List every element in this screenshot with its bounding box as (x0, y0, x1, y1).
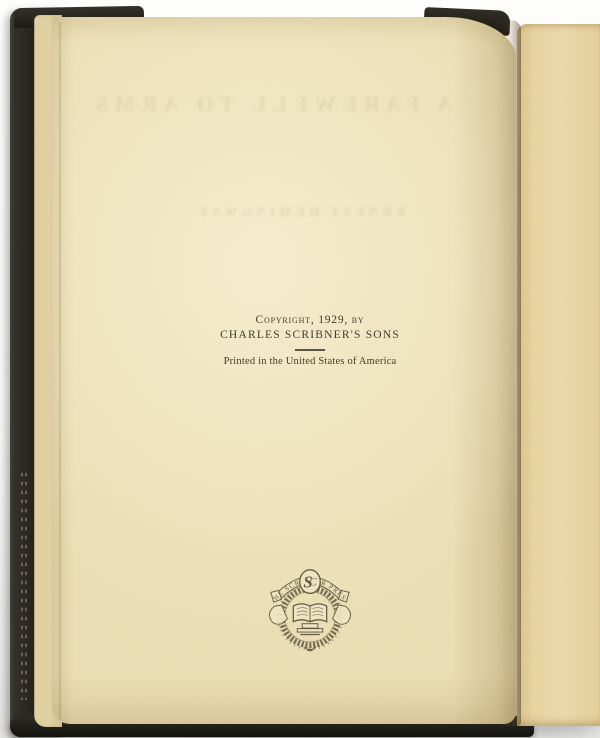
publisher-line: CHARLES SCRIBNER'S SONS (160, 328, 460, 343)
facing-page (517, 24, 600, 726)
printed-in-line: Printed in the United States of America (160, 355, 460, 369)
seal-press-base (297, 624, 322, 635)
cover-wear-speckles (20, 470, 29, 700)
scribner-press-seal: THE SCRIBNER PRESS C S (261, 554, 359, 666)
page-fold-crease (58, 22, 62, 720)
seal-monogram: C S (300, 570, 321, 594)
copyright-year-line: Copyright, 1929, by (160, 313, 460, 327)
seal-open-book (293, 604, 326, 622)
copyright-block: Copyright, 1929, by CHARLES SCRIBNER'S S… (160, 313, 460, 369)
svg-text:S: S (303, 572, 312, 591)
divider-rule (295, 349, 325, 351)
book-photo: A FAREWELL TO ARMS ERNEST HEMINGWAY Copy… (0, 0, 600, 738)
